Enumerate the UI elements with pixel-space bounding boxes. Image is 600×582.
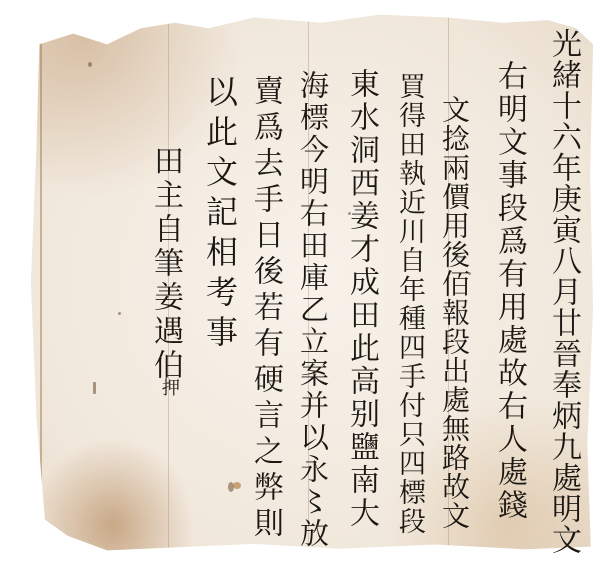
text-column-5: 東水洞西姜才成田此高别鹽南大 [346, 68, 376, 530]
paper-stain [88, 62, 92, 67]
text-column-8: 以此文記相考事 [204, 75, 236, 355]
text-column-3: 文捻兩價用後佰報段出處無路故文 [440, 95, 468, 530]
text-column-6: 海標今明右田庫乙立案并以永〻放 [298, 70, 327, 550]
text-column-2: 右明文事段爲有用處故右人處錢 [494, 60, 524, 522]
paper-fold-line [40, 12, 42, 552]
paper-stain [93, 382, 96, 394]
text-column-4: 買得田執近川自年種四手付只四標段 [396, 72, 423, 536]
signature-mark: 押 [160, 378, 178, 398]
paper-stain [233, 482, 241, 489]
paper-stain [118, 312, 121, 315]
text-column-7: 賣爲去手日後若有硬言之弊則 [250, 75, 280, 543]
signature-line: 田主自筆姜遇伯 [150, 145, 180, 383]
text-column-1: 光緒十六年庚寅八月廿晉奉炳九處明文 [548, 28, 578, 555]
